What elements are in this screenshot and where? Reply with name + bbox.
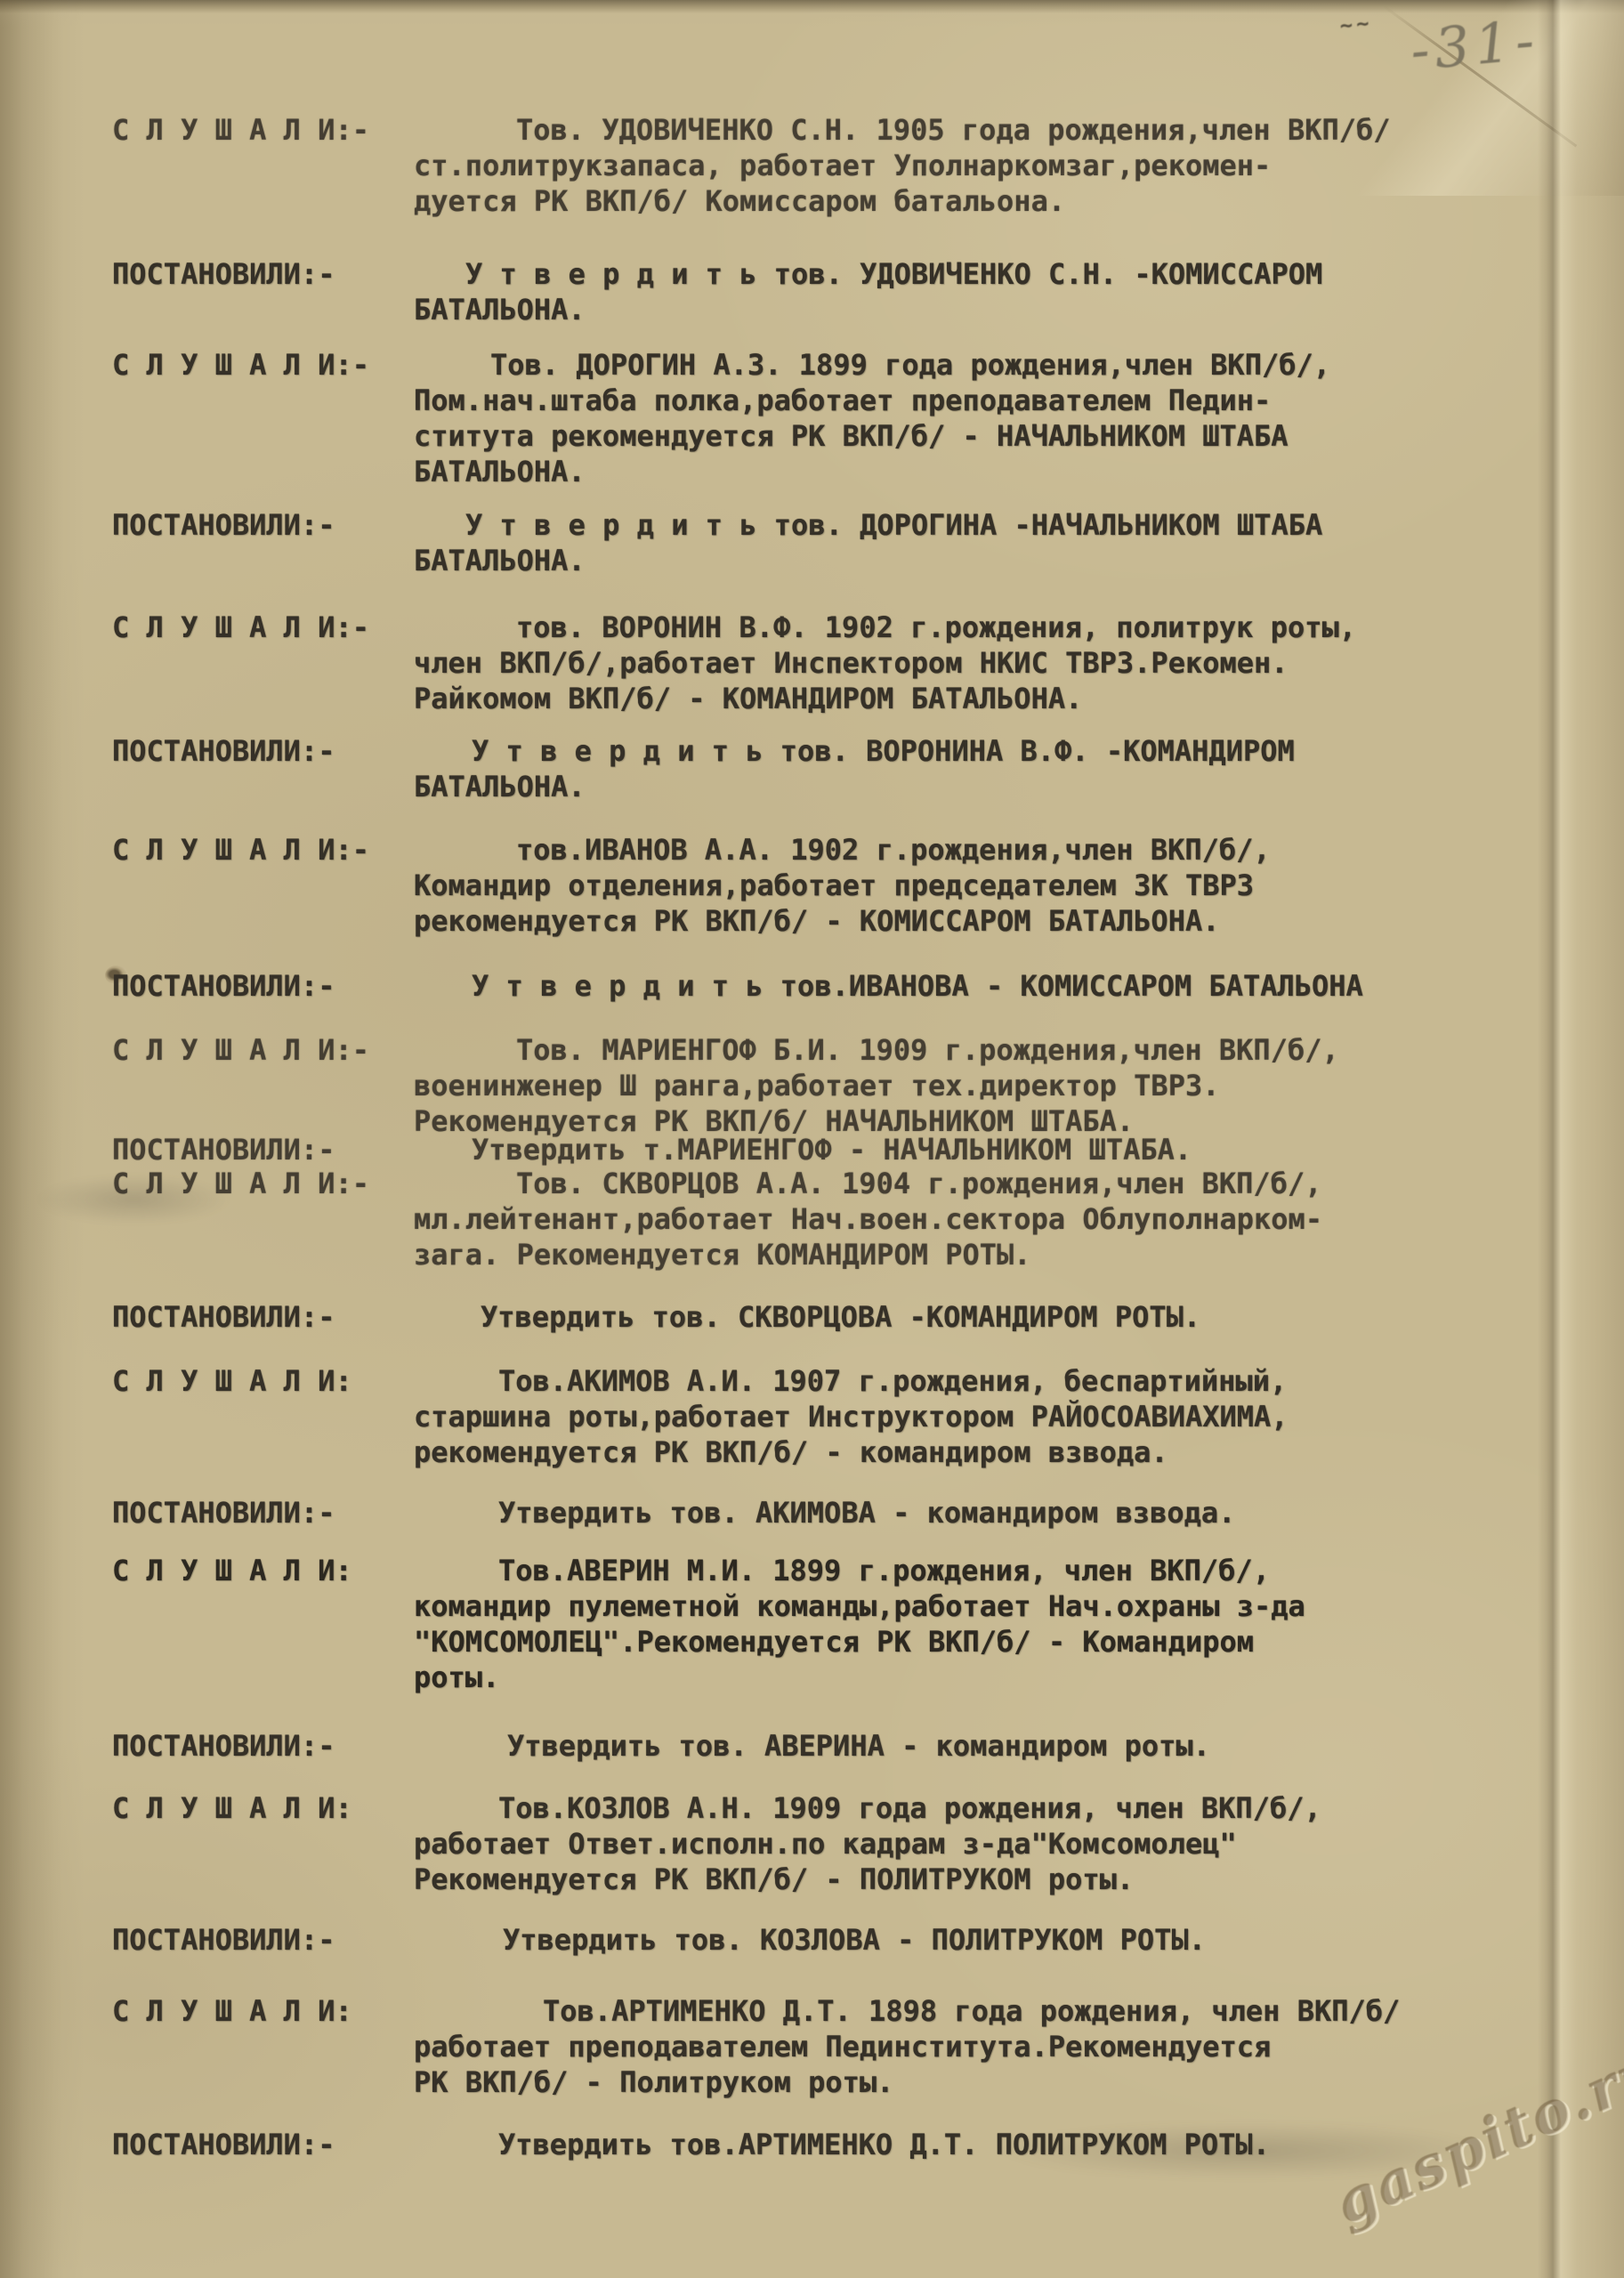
resolved-label: ПОСТАНОВИЛИ:- [112,507,335,543]
heard-label: С Л У Ш А Л И: [112,1790,352,1826]
heard-item: С Л У Ш А Л И:- Тов. ДОРОГИН А.З. 1899 г… [0,347,1624,489]
heard-label: С Л У Ш А Л И: [112,1993,352,2029]
heard-label: С Л У Ш А Л И:- [112,1166,369,1201]
heard-label: С Л У Ш А Л И: [112,1363,352,1399]
heard-text: тов. ВОРОНИН В.Ф. 1902 г.рождения, полит… [414,610,1508,716]
heard-label: С Л У Ш А Л И:- [112,832,369,868]
heard-text: Тов.КОЗЛОВ А.Н. 1909 года рождения, член… [414,1790,1508,1897]
resolved-item: ПОСТАНОВИЛИ:- У т в е р д и т ь тов. УДО… [0,256,1624,327]
heard-text: Тов.АРТИМЕНКО Д.Т. 1898 года рождения, ч… [414,1993,1508,2100]
resolved-label: ПОСТАНОВИЛИ:- [112,1299,335,1335]
heard-item: С Л У Ш А Л И:- Тов. МАРИЕНГОФ Б.И. 1909… [0,1032,1624,1139]
resolved-item: ПОСТАНОВИЛИ:- У т в е р д и т ь тов.ИВАН… [0,968,1624,1004]
heard-item: С Л У Ш А Л И: Тов.АВЕРИН М.И. 1899 г.ро… [0,1553,1624,1695]
resolved-item: ПОСТАНОВИЛИ:- Утвердить тов. АКИМОВА - к… [0,1495,1624,1531]
heard-item: С Л У Ш А Л И:- тов. ВОРОНИН В.Ф. 1902 г… [0,610,1624,716]
heard-text: Тов. СКВОРЦОВ А.А. 1904 г.рождения,член … [414,1166,1508,1272]
resolved-label: ПОСТАНОВИЛИ:- [112,256,335,292]
heard-item: С Л У Ш А Л И: Тов.АРТИМЕНКО Д.Т. 1898 г… [0,1993,1624,2100]
resolved-label: ПОСТАНОВИЛИ:- [112,1728,335,1764]
resolved-label: ПОСТАНОВИЛИ:- [112,2127,335,2162]
resolved-item: ПОСТАНОВИЛИ:- Утвердить тов. АВЕРИНА - к… [0,1728,1624,1764]
resolved-text: Утвердить т.МАРИЕНГОФ - НАЧАЛЬНИКОМ ШТАБ… [414,1132,1508,1167]
heard-item: С Л У Ш А Л И: Тов.АКИМОВ А.И. 1907 г.ро… [0,1363,1624,1470]
resolved-text: У т в е р д и т ь тов. ДОРОГИНА -НАЧАЛЬН… [414,507,1508,578]
resolved-text: Утвердить тов. АВЕРИНА - командиром роты… [414,1728,1508,1764]
resolved-label: ПОСТАНОВИЛИ:- [112,968,335,1004]
scanned-document-page: ~~ -31- С Л У Ш А Л И:- Тов. УДОВИЧЕНКО … [0,0,1624,2278]
resolved-label: ПОСТАНОВИЛИ:- [112,1132,335,1167]
heard-label: С Л У Ш А Л И:- [112,1032,369,1068]
resolved-text: Утвердить тов. КОЗЛОВА - ПОЛИТРУКОМ РОТЫ… [414,1922,1508,1958]
heard-label: С Л У Ш А Л И: [112,1553,352,1588]
resolved-text: Утвердить тов.АРТИМЕНКО Д.Т. ПОЛИТРУКОМ … [414,2127,1508,2162]
resolved-label: ПОСТАНОВИЛИ:- [112,1922,335,1958]
resolved-item: ПОСТАНОВИЛИ:- У т в е р д и т ь тов. ВОР… [0,733,1624,804]
heard-text: Тов.АВЕРИН М.И. 1899 г.рождения, член ВК… [414,1553,1508,1695]
typewritten-text-layer: С Л У Ш А Л И:- Тов. УДОВИЧЕНКО С.Н. 190… [0,0,1624,2278]
resolved-text: У т в е р д и т ь тов.ИВАНОВА - КОМИССАР… [414,968,1508,1004]
heard-text: тов.ИВАНОВ А.А. 1902 г.рождения,член ВКП… [414,832,1508,939]
heard-label: С Л У Ш А Л И:- [112,347,369,383]
resolved-item: ПОСТАНОВИЛИ:- Утвердить т.МАРИЕНГОФ - НА… [0,1132,1624,1167]
heard-text: Тов. ДОРОГИН А.З. 1899 года рождения,чле… [414,347,1508,489]
resolved-text: У т в е р д и т ь тов. УДОВИЧЕНКО С.Н. -… [414,256,1508,327]
resolved-item: ПОСТАНОВИЛИ:- Утвердить тов. КОЗЛОВА - П… [0,1922,1624,1958]
heard-text: Тов.АКИМОВ А.И. 1907 г.рождения, беспарт… [414,1363,1508,1470]
heard-label: С Л У Ш А Л И:- [112,112,369,148]
heard-text: Тов. МАРИЕНГОФ Б.И. 1909 г.рождения,член… [414,1032,1508,1139]
resolved-label: ПОСТАНОВИЛИ:- [112,733,335,769]
heard-item: С Л У Ш А Л И:- Тов. СКВОРЦОВ А.А. 1904 … [0,1166,1624,1272]
resolved-text: Утвердить тов. СКВОРЦОВА -КОМАНДИРОМ РОТ… [414,1299,1508,1335]
heard-item: С Л У Ш А Л И: Тов.КОЗЛОВ А.Н. 1909 года… [0,1790,1624,1897]
heard-label: С Л У Ш А Л И:- [112,610,369,645]
resolved-text: У т в е р д и т ь тов. ВОРОНИНА В.Ф. -КО… [414,733,1508,804]
heard-text: Тов. УДОВИЧЕНКО С.Н. 1905 года рождения,… [414,112,1508,219]
heard-item: С Л У Ш А Л И:- Тов. УДОВИЧЕНКО С.Н. 190… [0,112,1624,219]
resolved-label: ПОСТАНОВИЛИ:- [112,1495,335,1531]
resolved-item: ПОСТАНОВИЛИ:- Утвердить тов. СКВОРЦОВА -… [0,1299,1624,1335]
resolved-text: Утвердить тов. АКИМОВА - командиром взво… [414,1495,1508,1531]
heard-item: С Л У Ш А Л И:- тов.ИВАНОВ А.А. 1902 г.р… [0,832,1624,939]
resolved-item: ПОСТАНОВИЛИ:- У т в е р д и т ь тов. ДОР… [0,507,1624,578]
